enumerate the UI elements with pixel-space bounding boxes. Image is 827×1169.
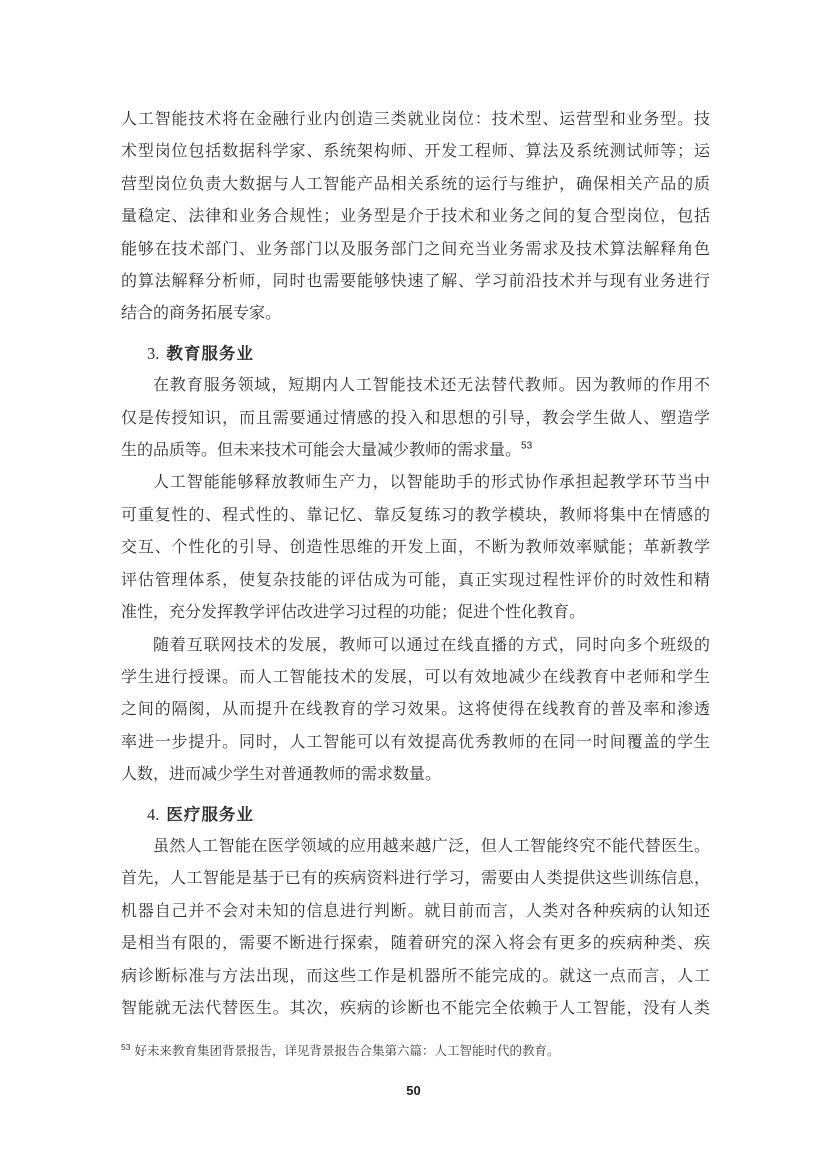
heading-title: 教育服务业 [166, 344, 254, 363]
text-line: 评估管理体系，使复杂技能的评估成为可能，真正实现过程性评价的时效性和精 [121, 565, 710, 597]
text-line: 之间的隔阂，从而提升在线教育的学习效果。这将使得在线教育的普及率和渗透 [121, 694, 710, 726]
footnote-marker: 53 [121, 1042, 130, 1052]
text-line: 随着互联网技术的发展，教师可以通过在线直播的方式，同时向多个班级的 [121, 630, 710, 662]
text-line: 交互、个性化的引导、创造性思维的开发上面，不断为教师效率赋能；革新教学 [121, 532, 710, 564]
text-line: 生的品质等。但未来技术可能会大量减少教师的需求量。53 [121, 435, 710, 467]
document-page: 人工智能技术将在金融行业内创造三类就业岗位：技术型、运营型和业务型。技术型岗位包… [0, 0, 827, 1169]
paragraph: 在教育服务领域，短期内人工智能技术还无法替代教师。因为教师的作用不仅是传授知识，… [121, 370, 710, 467]
section-heading: 4.医疗服务业 [121, 799, 710, 831]
text-line: 能够在技术部门、业务部门以及服务部门之间充当业务需求及技术算法解释角色 [121, 234, 710, 266]
text-line: 率进一步提升。同时，人工智能可以有效提高优秀教师的在同一时间覆盖的学生 [121, 727, 710, 759]
text-line: 准性，充分发挥教学评估改进学习过程的功能；促进个性化教育。 [121, 597, 710, 629]
text-line: 营型岗位负责大数据与人工智能产品相关系统的运行与维护，确保相关产品的质 [121, 169, 710, 201]
text-line: 术型岗位包括数据科学家、系统架构师、开发工程师、算法及系统测试师等；运 [121, 136, 710, 168]
paragraph: 随着互联网技术的发展，教师可以通过在线直播的方式，同时向多个班级的学生进行授课。… [121, 630, 710, 792]
paragraph: 人工智能技术将在金融行业内创造三类就业岗位：技术型、运营型和业务型。技术型岗位包… [121, 104, 710, 331]
section-heading: 3.教育服务业 [121, 338, 710, 370]
page-number: 50 [0, 1083, 827, 1098]
paragraph: 人工智能能够释放教师生产力，以智能助手的形式协作承担起教学环节当中可重复性的、程… [121, 467, 710, 629]
text-line: 结合的商务拓展专家。 [121, 298, 710, 330]
heading-number: 3. [147, 344, 159, 363]
footnote: 53好未来教育集团背景报告，详见背景报告合集第六篇：人工智能时代的教育。 [121, 1041, 710, 1061]
text-line: 人数，进而减少学生对普通教师的需求数量。 [121, 759, 710, 791]
text-line: 量稳定、法律和业务合规性；业务型是介于技术和业务之间的复合型岗位，包括 [121, 201, 710, 233]
text-line: 首先，人工智能是基于已有的疾病资料进行学习，需要由人类提供这些训练信息， [121, 863, 710, 895]
paragraph: 虽然人工智能在医学领域的应用越来越广泛，但人工智能终究不能代替医生。首先，人工智… [121, 831, 710, 1025]
footnote-text: 好未来教育集团背景报告，详见背景报告合集第六篇：人工智能时代的教育。 [134, 1044, 559, 1058]
text-line: 的算法解释分析师，同时也需要能够快速了解、学习前沿技术并与现有业务进行 [121, 266, 710, 298]
text-line: 在教育服务领域，短期内人工智能技术还无法替代教师。因为教师的作用不 [121, 370, 710, 402]
heading-title: 医疗服务业 [166, 805, 254, 824]
text-line: 可重复性的、程式性的、靠记忆、靠反复练习的教学模块，教师将集中在情感的 [121, 500, 710, 532]
text-line: 虽然人工智能在医学领域的应用越来越广泛，但人工智能终究不能代替医生。 [121, 831, 710, 863]
text-line: 仅是传授知识，而且需要通过情感的投入和思想的引导，教会学生做人、塑造学 [121, 403, 710, 435]
text-line: 病诊断标准与方法出现，而这些工作是机器所不能完成的。就这一点而言，人工 [121, 961, 710, 993]
text-line: 人工智能技术将在金融行业内创造三类就业岗位：技术型、运营型和业务型。技 [121, 104, 710, 136]
document-body: 人工智能技术将在金融行业内创造三类就业岗位：技术型、运营型和业务型。技术型岗位包… [121, 104, 710, 1025]
text-line: 机器自己并不会对未知的信息进行判断。就目前而言，人类对各种疾病的认知还 [121, 896, 710, 928]
footnote-ref: 53 [521, 441, 532, 452]
text-line: 智能就无法代替医生。其次，疾病的诊断也不能完全依赖于人工智能，没有人类 [121, 993, 710, 1025]
heading-number: 4. [147, 805, 159, 824]
text-line: 学生进行授课。而人工智能技术的发展，可以有效地减少在线教育中老师和学生 [121, 662, 710, 694]
text-line: 是相当有限的，需要不断进行探索，随着研究的深入将会有更多的疾病种类、疾 [121, 928, 710, 960]
text-line: 人工智能能够释放教师生产力，以智能助手的形式协作承担起教学环节当中 [121, 467, 710, 499]
